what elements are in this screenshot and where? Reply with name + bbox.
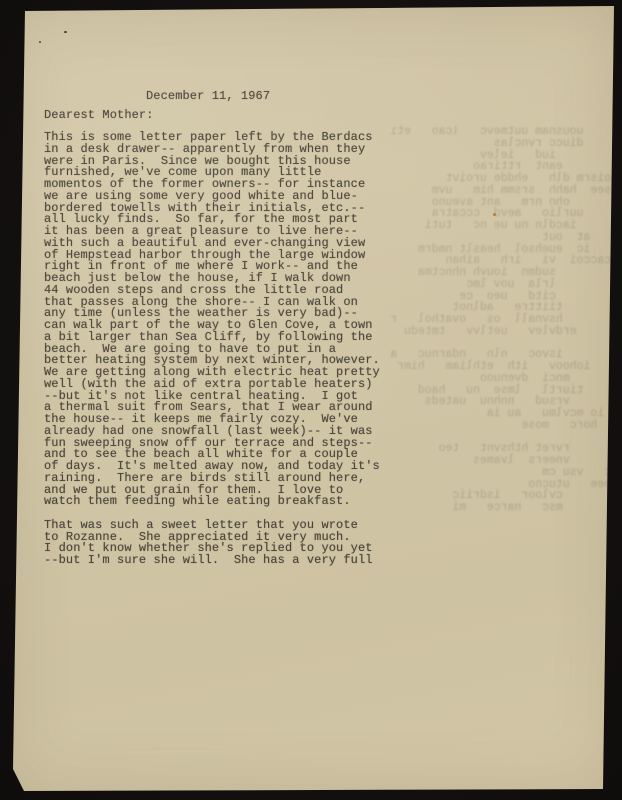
paper-speck	[39, 41, 41, 43]
letter-salutation: Dearest Mother:	[44, 110, 154, 122]
letter-body: This is some letter paper left by the Be…	[44, 132, 464, 579]
paper-speck	[64, 31, 67, 33]
letter-paragraph-2: That was such a sweet letter that you wr…	[44, 520, 464, 567]
scanned-letter-page: uousnam uutmevc lcao etials diucc rvncla…	[0, 0, 622, 800]
paper-speck	[493, 213, 496, 216]
letter-paragraph-1: This is some letter paper left by the Be…	[44, 132, 464, 508]
letter-paper: uousnam uutmevc lcao etials diucc rvncla…	[0, 0, 622, 800]
letter-date: December 11, 1967	[146, 91, 270, 103]
